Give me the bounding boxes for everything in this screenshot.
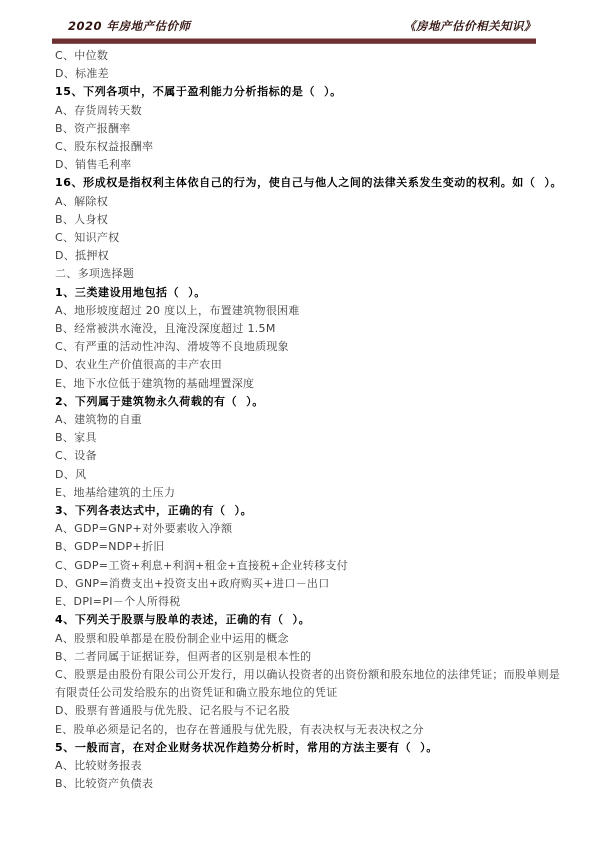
header-left-title: 2020 年房地产估价师 bbox=[68, 18, 191, 34]
text-line: B、家具 bbox=[55, 429, 567, 447]
text-line: C、设备 bbox=[55, 447, 567, 465]
text-line: C、知识产权 bbox=[55, 229, 567, 247]
text-line: 有限责任公司发给股东的出资凭证和确立股东地位的凭证 bbox=[55, 684, 567, 702]
text-line: D、农业生产价值很高的丰产农田 bbox=[55, 356, 567, 374]
text-line: E、地下水位低于建筑物的基础埋置深度 bbox=[55, 375, 567, 393]
text-line: E、DPI=PI－个人所得税 bbox=[55, 593, 567, 611]
text-line: 二、多项选择题 bbox=[55, 265, 567, 283]
text-line: A、存货周转天数 bbox=[55, 102, 567, 120]
text-line: E、股单必须是记名的，也存在普通股与优先股，有表决权与无表决权之分 bbox=[55, 721, 567, 739]
text-line: D、标准差 bbox=[55, 65, 567, 83]
question-stem-line: 15、下列各项中，不属于盈利能力分析指标的是（ ）。 bbox=[55, 83, 567, 101]
text-line: C、GDP=工资+利息+利润+租金+直接税+企业转移支付 bbox=[55, 557, 567, 575]
text-line: C、有严重的活动性冲沟、滑坡等不良地质现象 bbox=[55, 338, 567, 356]
header-rule bbox=[52, 38, 536, 44]
document-page: 2020 年房地产估价师 《房地产估价相关知识》 C、中位数D、标准差15、下列… bbox=[0, 0, 595, 842]
text-line: C、中位数 bbox=[55, 47, 567, 65]
document-body: C、中位数D、标准差15、下列各项中，不属于盈利能力分析指标的是（ ）。A、存货… bbox=[55, 47, 567, 793]
text-line: E、地基给建筑的土压力 bbox=[55, 484, 567, 502]
text-line: B、GDP=NDP+折旧 bbox=[55, 538, 567, 556]
text-line: B、比较资产负债表 bbox=[55, 775, 567, 793]
question-stem-line: 16、形成权是指权利主体依自己的行为，使自己与他人之间的法律关系发生变动的权利。… bbox=[55, 174, 567, 192]
text-line: C、股票是由股份有限公司公开发行，用以确认投资者的出资份额和股东地位的法律凭证；… bbox=[55, 666, 567, 684]
text-line: B、二者同属于证据证券，但两者的区别是根本性的 bbox=[55, 648, 567, 666]
question-stem-line: 1、三类建设用地包括（ ）。 bbox=[55, 284, 567, 302]
text-line: A、建筑物的自重 bbox=[55, 411, 567, 429]
question-stem-line: 2、下列属于建筑物永久荷载的有（ ）。 bbox=[55, 393, 567, 411]
text-line: D、抵押权 bbox=[55, 247, 567, 265]
text-line: A、GDP=GNP+对外要素收入净额 bbox=[55, 520, 567, 538]
question-stem-line: 4、下列关于股票与股单的表述，正确的有（ ）。 bbox=[55, 611, 567, 629]
document-header: 2020 年房地产估价师 《房地产估价相关知识》 bbox=[52, 18, 536, 34]
text-line: D、GNP=消费支出+投资支出+政府购买+进口－出口 bbox=[55, 575, 567, 593]
header-right-title: 《房地产估价相关知识》 bbox=[404, 18, 536, 34]
text-line: D、风 bbox=[55, 466, 567, 484]
question-stem-line: 5、一般而言，在对企业财务状况作趋势分析时，常用的方法主要有（ ）。 bbox=[55, 739, 567, 757]
text-line: A、比较财务报表 bbox=[55, 757, 567, 775]
text-line: B、经常被洪水淹没，且淹没深度超过 1.5M bbox=[55, 320, 567, 338]
text-line: D、股票有普通股与优先股、记名股与不记名股 bbox=[55, 702, 567, 720]
text-line: A、地形坡度超过 20 度以上，布置建筑物很困难 bbox=[55, 302, 567, 320]
text-line: B、人身权 bbox=[55, 211, 567, 229]
text-line: D、销售毛利率 bbox=[55, 156, 567, 174]
text-line: C、股东权益报酬率 bbox=[55, 138, 567, 156]
text-line: A、股票和股单都是在股份制企业中运用的概念 bbox=[55, 630, 567, 648]
question-stem-line: 3、下列各表达式中，正确的有（ ）。 bbox=[55, 502, 567, 520]
text-line: A、解除权 bbox=[55, 193, 567, 211]
text-line: B、资产报酬率 bbox=[55, 120, 567, 138]
